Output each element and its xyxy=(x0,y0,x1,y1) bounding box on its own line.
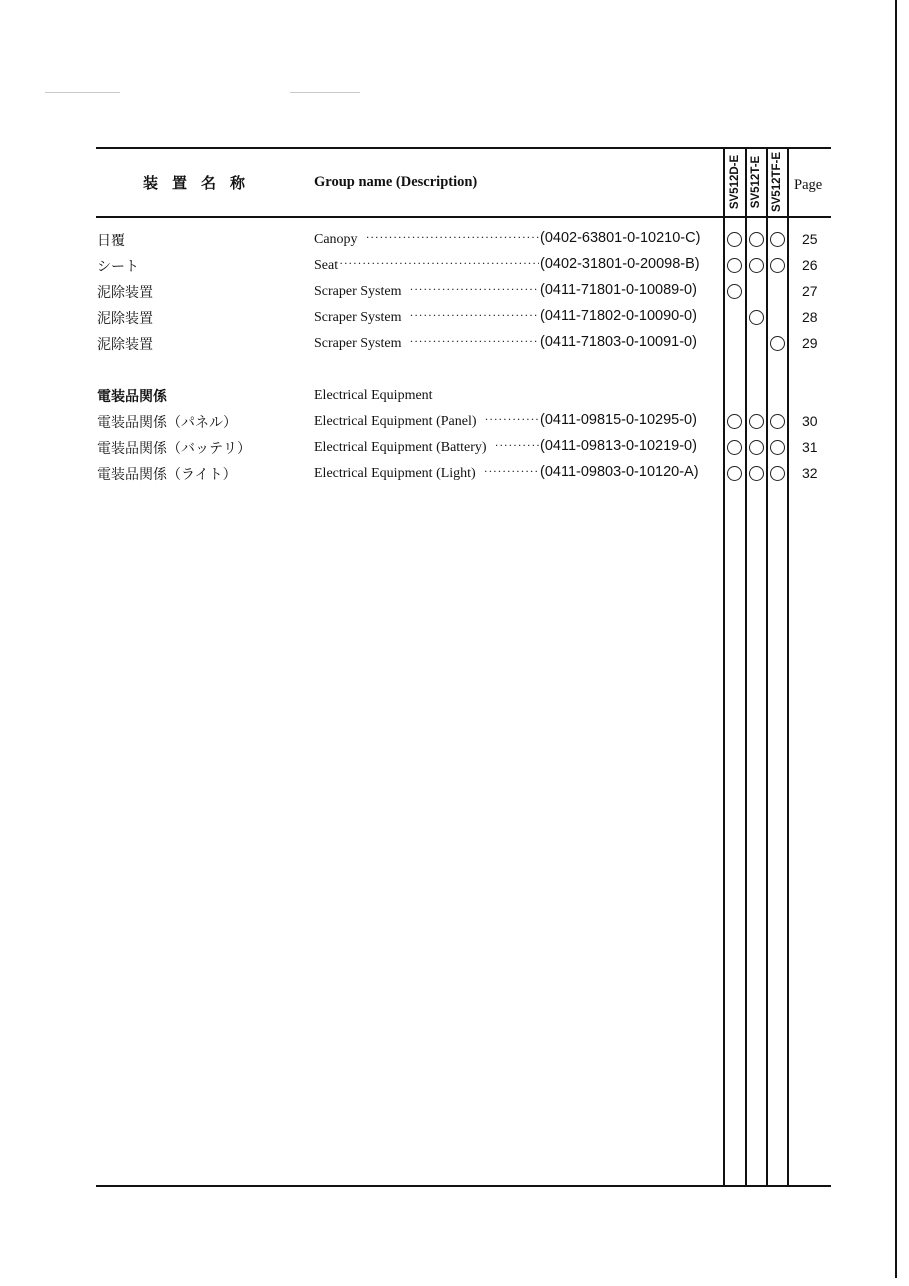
row-part-code: (0411-71801-0-10089-0) xyxy=(540,282,697,298)
applicable-mark-circle-icon xyxy=(727,466,742,481)
table-row: 泥除装置Scraper System(0411-71803-0-10091-0)… xyxy=(0,334,909,360)
dot-leader: ········································… xyxy=(484,464,539,479)
dot-leader: ········································… xyxy=(409,282,539,297)
table-row: 泥除装置Scraper System(0411-71802-0-10090-0)… xyxy=(0,308,909,334)
header-model-2: SV512T-E xyxy=(745,148,767,216)
applicable-mark-circle-icon xyxy=(749,414,764,429)
header-bottom-rule xyxy=(96,216,831,218)
applicable-mark-circle-icon xyxy=(727,414,742,429)
applicable-mark-circle-icon xyxy=(770,232,785,247)
applicable-mark-circle-icon xyxy=(727,258,742,273)
row-part-code: (0411-09815-0-10295-0) xyxy=(540,412,697,428)
row-en-name: Scraper System xyxy=(314,310,401,326)
applicable-mark-circle-icon xyxy=(749,258,764,273)
row-page-number: 25 xyxy=(802,231,818,247)
header-jp-title: 装置名称 xyxy=(143,172,259,193)
scan-artifact xyxy=(290,92,360,93)
header-en-title: Group name (Description) xyxy=(314,174,477,191)
table-row: 泥除装置Scraper System(0411-71801-0-10089-0)… xyxy=(0,282,909,308)
applicable-mark-circle-icon xyxy=(749,310,764,325)
applicable-mark-circle-icon xyxy=(749,466,764,481)
row-en-name: Scraper System xyxy=(314,284,401,300)
applicable-mark-circle-icon xyxy=(727,232,742,247)
section-heading-row: 電装品関係Electrical Equipment xyxy=(0,386,909,412)
row-en-name: Canopy xyxy=(314,232,358,248)
row-en-name: Scraper System xyxy=(314,336,401,352)
applicable-mark-circle-icon xyxy=(770,336,785,351)
applicable-mark-circle-icon xyxy=(770,440,785,455)
row-jp-name: 泥除装置 xyxy=(97,308,153,328)
table-row: 日覆Canopy(0402-63801-0-10210-C)··········… xyxy=(0,230,909,256)
table-row: シートSeat(0402-31801-0-20098-B)···········… xyxy=(0,256,909,282)
applicable-mark-circle-icon xyxy=(749,232,764,247)
row-part-code: (0411-71802-0-10090-0) xyxy=(540,308,697,324)
row-part-code: (0411-71803-0-10091-0) xyxy=(540,334,697,350)
row-page-number: 31 xyxy=(802,439,818,455)
scan-artifact xyxy=(45,92,120,93)
row-en-name: Electrical Equipment xyxy=(314,388,433,404)
row-jp-name: 電装品関係 xyxy=(97,386,167,406)
applicable-mark-circle-icon xyxy=(727,440,742,455)
table-top-rule xyxy=(96,147,831,149)
row-jp-name: 泥除装置 xyxy=(97,334,153,354)
row-page-number: 29 xyxy=(802,335,818,351)
row-part-code: (0411-09813-0-10219-0) xyxy=(540,438,697,454)
row-en-name: Electrical Equipment (Battery) xyxy=(314,440,487,456)
dot-leader: ········································… xyxy=(366,230,539,245)
row-jp-name: シート xyxy=(97,256,139,276)
header-model-1: SV512D-E xyxy=(724,148,746,216)
row-part-code: (0402-31801-0-20098-B) xyxy=(540,256,700,272)
page-edge-line xyxy=(895,0,897,1278)
row-page-number: 26 xyxy=(802,257,818,273)
dot-leader: ········································… xyxy=(409,308,539,323)
header-model-3: SV512TF-E xyxy=(766,148,788,216)
row-part-code: (0411-09803-0-10120-A) xyxy=(540,464,699,480)
dot-leader: ········································… xyxy=(485,412,540,427)
applicable-mark-circle-icon xyxy=(770,258,785,273)
row-en-name: Seat xyxy=(314,258,338,274)
table-row: 電装品関係（パネル）Electrical Equipment (Panel)(0… xyxy=(0,412,909,438)
dot-leader: ········································… xyxy=(495,438,539,453)
row-en-name: Electrical Equipment (Panel) xyxy=(314,414,477,430)
row-page-number: 32 xyxy=(802,465,818,481)
table-bottom-rule xyxy=(96,1185,831,1187)
row-page-number: 27 xyxy=(802,283,818,299)
dot-leader: ········································… xyxy=(339,256,539,271)
row-jp-name: 電装品関係（バッテリ） xyxy=(97,438,251,458)
row-page-number: 28 xyxy=(802,309,818,325)
applicable-mark-circle-icon xyxy=(749,440,764,455)
row-page-number: 30 xyxy=(802,413,818,429)
header-page-label: Page xyxy=(794,177,822,194)
row-jp-name: 日覆 xyxy=(97,230,125,250)
dot-leader: ········································… xyxy=(409,334,539,349)
applicable-mark-circle-icon xyxy=(770,466,785,481)
row-en-name: Electrical Equipment (Light) xyxy=(314,466,476,482)
applicable-mark-circle-icon xyxy=(727,284,742,299)
row-part-code: (0402-63801-0-10210-C) xyxy=(540,230,700,246)
row-jp-name: 泥除装置 xyxy=(97,282,153,302)
row-jp-name: 電装品関係（ライト） xyxy=(97,464,237,484)
row-jp-name: 電装品関係（パネル） xyxy=(97,412,237,432)
table-row: 電装品関係（ライト）Electrical Equipment (Light)(0… xyxy=(0,464,909,490)
applicable-mark-circle-icon xyxy=(770,414,785,429)
table-row: 電装品関係（バッテリ）Electrical Equipment (Battery… xyxy=(0,438,909,464)
